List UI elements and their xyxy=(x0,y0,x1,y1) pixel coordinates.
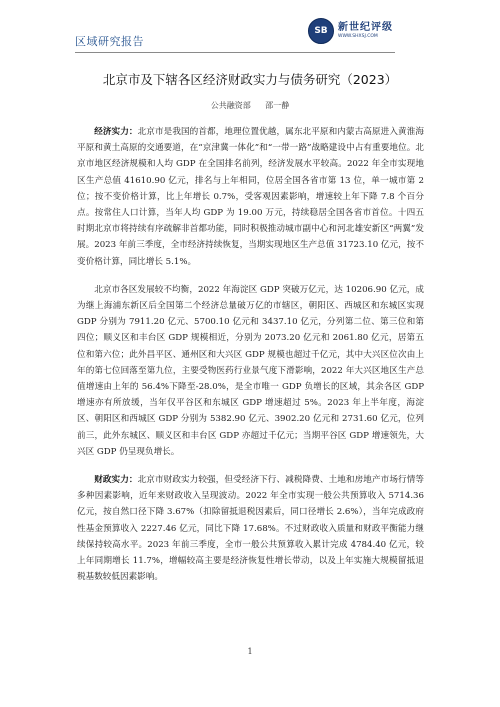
logo-name: 新世纪评级 xyxy=(338,23,393,33)
paragraph-lead: 经济实力： xyxy=(94,127,137,137)
page-header: 区域研究报告 SB 新世纪评级 WWW.SHXSJ.COM xyxy=(75,18,395,53)
paragraph-text: 北京市财政实力较强，但受经济下行、减税降费、土地和房地产市场行情等多种因素影响，… xyxy=(77,475,424,582)
document-title: 北京市及下辖各区经济财政实力与债务研究（2023） xyxy=(0,70,500,88)
paragraph-fiscal-strength: 财政实力：北京市财政实力较强，但受经济下行、减税降费、土地和房地产市场行情等多种… xyxy=(77,472,424,585)
page-number: 1 xyxy=(0,647,500,656)
paragraph-district-development: 北京市各区发展较不均衡，2022 年海淀区 GDP 突破万亿元，达 10206.… xyxy=(77,282,424,460)
authors: 公共融资部 邵一静 xyxy=(0,100,500,111)
paragraph-text: 北京市是我国的首都，地理位置优越，属东北平原和内蒙古高原进入黄淮海平原和黄土高原… xyxy=(77,127,424,267)
author-name: 邵一静 xyxy=(265,101,289,110)
author-department: 公共融资部 xyxy=(211,101,251,110)
paragraph-economic-strength: 经济实力：北京市是我国的首都，地理位置优越，属东北平原和内蒙古高原进入黄淮海平原… xyxy=(77,124,424,270)
paragraph-lead: 财政实力： xyxy=(94,475,137,485)
section-label: 区域研究报告 xyxy=(75,33,144,49)
paragraph-text: 北京市各区发展较不均衡，2022 年海淀区 GDP 突破万亿元，达 10206.… xyxy=(77,285,424,457)
company-logo: SB 新世纪评级 WWW.SHXSJ.COM xyxy=(308,18,393,44)
document-body: 经济实力：北京市是我国的首都，地理位置优越，属东北平原和内蒙古高原进入黄淮海平原… xyxy=(77,124,424,597)
logo-url: WWW.SHXSJ.COM xyxy=(338,35,393,40)
logo-mark-icon: SB xyxy=(308,18,334,44)
